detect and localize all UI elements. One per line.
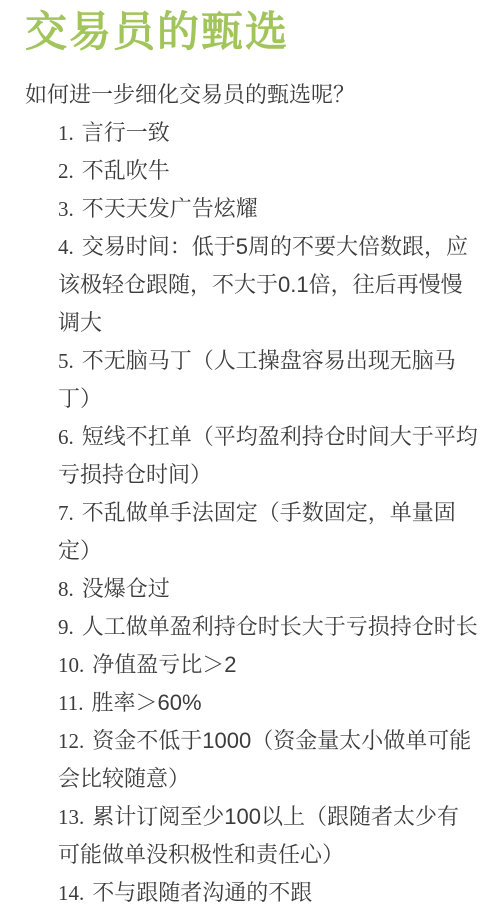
item-text: 资金不低于1000（资金量太小做单可能会比较随意） bbox=[58, 728, 471, 791]
item-number: 8. bbox=[58, 577, 82, 601]
item-text: 交易时间：低于5周的不要大倍数跟，应该极轻仓跟随，不大于0.1倍，往后再慢慢调大 bbox=[58, 234, 468, 335]
list-item: 5.不无脑马丁（人工操盘容易出现无脑马丁） bbox=[25, 342, 478, 418]
item-number: 2. bbox=[58, 159, 82, 183]
criteria-list: 1.言行一致2.不乱吹牛3.不天天发广告炫耀4.交易时间：低于5周的不要大倍数跟… bbox=[25, 114, 478, 911]
item-number: 10. bbox=[58, 653, 92, 677]
list-item: 7.不乱做单手法固定（手数固定，单量固定） bbox=[25, 494, 478, 570]
item-text: 人工做单盈利持仓时长大于亏损持仓时长 bbox=[82, 614, 478, 639]
item-text: 言行一致 bbox=[82, 120, 170, 145]
item-text: 不天天发广告炫耀 bbox=[82, 196, 258, 221]
item-text: 不乱吹牛 bbox=[82, 158, 170, 183]
list-item: 14.不与跟随者沟通的不跟 bbox=[25, 874, 478, 911]
item-number: 1. bbox=[58, 121, 82, 145]
item-number: 4. bbox=[58, 235, 82, 259]
item-number: 14. bbox=[58, 881, 92, 905]
list-item: 3.不天天发广告炫耀 bbox=[25, 190, 478, 228]
list-item: 12.资金不低于1000（资金量太小做单可能会比较随意） bbox=[25, 722, 478, 798]
list-item: 4.交易时间：低于5周的不要大倍数跟，应该极轻仓跟随，不大于0.1倍，往后再慢慢… bbox=[25, 228, 478, 342]
item-text: 短线不扛单（平均盈利持仓时间大于平均亏损持仓时间） bbox=[58, 424, 478, 487]
item-text: 没爆仓过 bbox=[82, 576, 170, 601]
item-text: 胜率＞60% bbox=[91, 690, 201, 715]
page-title: 交易员的甄选 bbox=[25, 8, 478, 56]
list-item: 9.人工做单盈利持仓时长大于亏损持仓时长 bbox=[25, 608, 478, 646]
item-number: 12. bbox=[58, 729, 92, 753]
item-number: 7. bbox=[58, 501, 82, 525]
item-text: 不无脑马丁（人工操盘容易出现无脑马丁） bbox=[58, 348, 456, 411]
article-page: 交易员的甄选 如何进一步细化交易员的甄选呢？ 1.言行一致2.不乱吹牛3.不天天… bbox=[0, 0, 490, 911]
list-item: 11.胜率＞60% bbox=[25, 684, 478, 722]
list-item: 6.短线不扛单（平均盈利持仓时间大于平均亏损持仓时间） bbox=[25, 418, 478, 494]
item-number: 9. bbox=[58, 615, 82, 639]
item-number: 11. bbox=[58, 691, 91, 715]
item-text: 净值盈亏比＞2 bbox=[92, 652, 236, 677]
list-item: 10.净值盈亏比＞2 bbox=[25, 646, 478, 684]
item-text: 不乱做单手法固定（手数固定，单量固定） bbox=[58, 500, 456, 563]
intro-question: 如何进一步细化交易员的甄选呢？ bbox=[25, 76, 478, 114]
list-item: 8.没爆仓过 bbox=[25, 570, 478, 608]
item-number: 5. bbox=[58, 349, 82, 373]
list-item: 2.不乱吹牛 bbox=[25, 152, 478, 190]
item-text: 累计订阅至少100以上（跟随者太少有可能做单没积极性和责任心） bbox=[58, 804, 459, 867]
item-number: 6. bbox=[58, 425, 82, 449]
item-text: 不与跟随者沟通的不跟 bbox=[92, 880, 312, 905]
list-item: 1.言行一致 bbox=[25, 114, 478, 152]
list-item: 13.累计订阅至少100以上（跟随者太少有可能做单没积极性和责任心） bbox=[25, 798, 478, 874]
item-number: 3. bbox=[58, 197, 82, 221]
item-number: 13. bbox=[58, 805, 92, 829]
